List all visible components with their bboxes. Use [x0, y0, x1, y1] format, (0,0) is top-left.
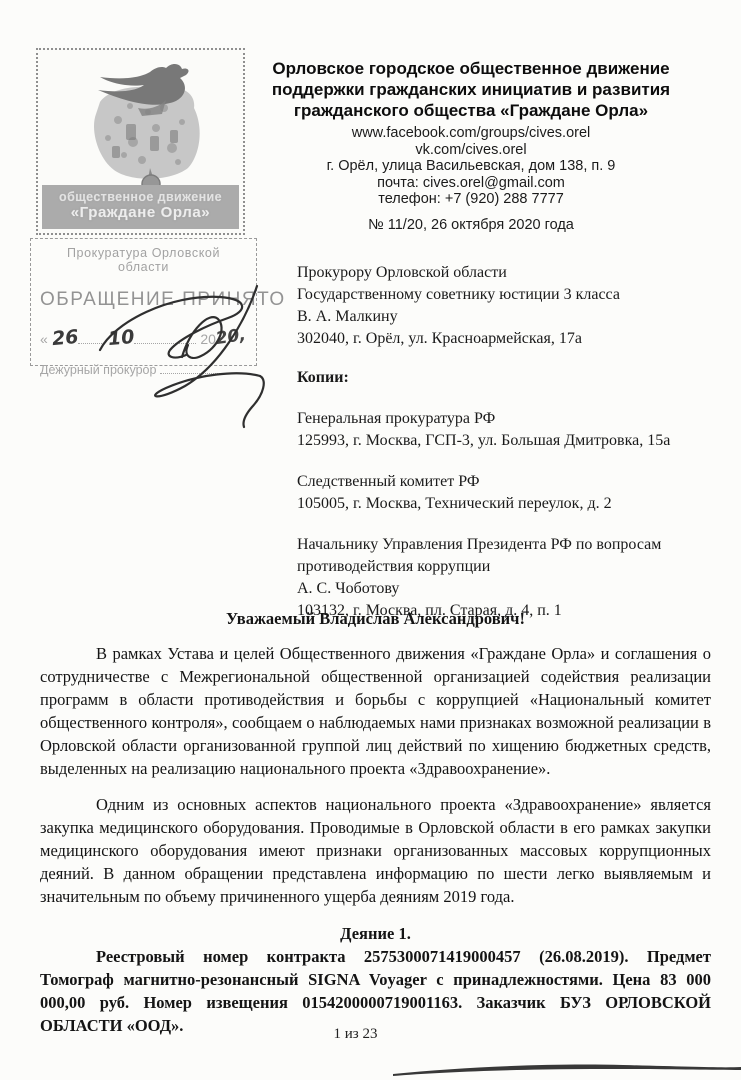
copy-line: А. С. Чоботову	[297, 578, 721, 600]
recipient-line: В. А. Малкину	[297, 306, 721, 328]
stamp-org-line: Прокуратура Орловской области	[40, 246, 247, 274]
logo-caption-line1: общественное движение	[42, 190, 239, 204]
body-paragraph-1: В рамках Устава и целей Общественного дв…	[40, 642, 711, 780]
copy-line: Следственный комитет РФ	[297, 471, 721, 493]
recipient-line: 302040, г. Орёл, ул. Красноармейская, 17…	[297, 328, 721, 350]
deed-1-heading: Деяние 1.	[40, 922, 711, 945]
recipient-block: Прокурору Орловской области Государствен…	[297, 262, 721, 622]
org-contacts: www.facebook.com/groups/cives.orel vk.co…	[228, 125, 714, 208]
org-logo: общественное движение «Граждане Орла»	[36, 48, 245, 235]
letterhead: Орловское городское общественное движени…	[228, 58, 714, 233]
copy-line: 105005, г. Москва, Технический переулок,…	[297, 493, 721, 515]
page-number: 1 из 23	[0, 1026, 711, 1043]
salutation: Уважаемый Владислав Александрович!	[40, 607, 711, 630]
ref-number-and-date: № 11/20, 26 октября 2020 года	[228, 217, 714, 233]
vk-url: vk.com/cives.orel	[228, 142, 714, 159]
org-phone: телефон: +7 (920) 288 7777	[228, 191, 714, 208]
scan-artifact-line	[393, 1058, 741, 1080]
copy-recipient-general-prosecutor: Генеральная прокуратура РФ 125993, г. Мо…	[297, 408, 721, 452]
handwritten-signature	[52, 278, 322, 443]
org-email: почта: cives.orel@gmail.com	[228, 175, 714, 192]
logo-caption-line2: «Граждане Орла»	[42, 204, 239, 221]
org-name-line1: Орловское городское общественное движени…	[228, 58, 714, 79]
copy-line: Начальнику Управления Президента РФ по в…	[297, 534, 721, 578]
recipient-line: Государственному советнику юстиции 3 кла…	[297, 284, 721, 306]
copy-recipient-investigative-committee: Следственный комитет РФ 105005, г. Москв…	[297, 471, 721, 515]
recipient-line: Прокурору Орловской области	[297, 262, 721, 284]
oryol-eagle-emblem-icon	[38, 50, 243, 192]
copy-line: Генеральная прокуратура РФ	[297, 408, 721, 430]
facebook-url: www.facebook.com/groups/cives.orel	[228, 125, 714, 142]
org-address: г. Орёл, улица Васильевская, дом 138, п.…	[228, 158, 714, 175]
deed-1-text: Реестровый номер контракта 2575300071419…	[40, 945, 711, 1037]
logo-caption: общественное движение «Граждане Орла»	[42, 185, 239, 229]
stamp-open-quote: «	[40, 331, 48, 347]
letter-body: Уважаемый Владислав Александрович! В рам…	[40, 607, 711, 1037]
scanned-letter-page: общественное движение «Граждане Орла» Пр…	[0, 0, 741, 1080]
copy-line: 125993, г. Москва, ГСП-3, ул. Большая Дм…	[297, 430, 721, 452]
org-name: Орловское городское общественное движени…	[228, 58, 714, 121]
body-paragraph-2: Одним из основных аспектов национального…	[40, 793, 711, 908]
copies-label: Копии:	[297, 367, 721, 389]
org-name-line2: поддержки гражданских инициатив и развит…	[228, 79, 714, 100]
org-name-line3: гражданского общества «Граждане Орла»	[228, 100, 714, 121]
